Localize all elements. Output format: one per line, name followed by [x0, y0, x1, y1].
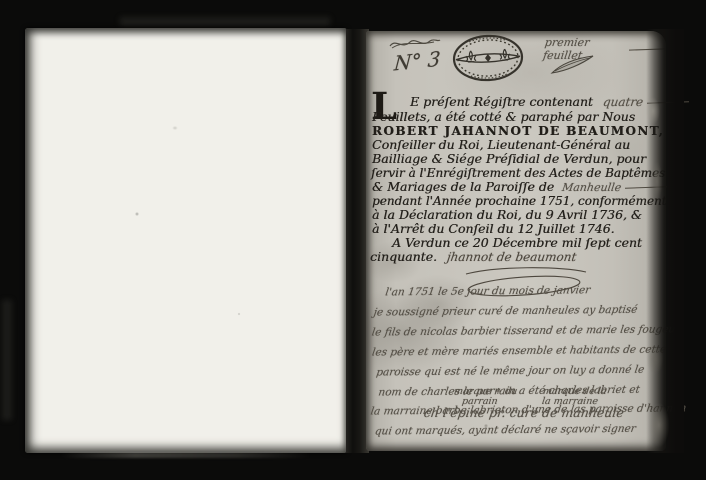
- archival-register-scan: N° 3 premier feuillet L E préſent Régiſt…: [0, 0, 706, 480]
- binding-wear-mark: [2, 300, 12, 420]
- book-fore-edge: [646, 29, 684, 453]
- printed-line: ſervir à l'Enrégiſtrement des Actes de B…: [371, 166, 665, 180]
- priest-signature: ch l'épine pr. curé de manheule: [423, 405, 625, 420]
- printed-line: A Verdun ce 20 Décembre mil ſept cent: [392, 236, 642, 250]
- entry-line: le fils de nicolas barbier tisserand et …: [371, 323, 682, 340]
- printed-line: pendant l'Année prochaine 1751, conformé…: [372, 194, 666, 208]
- printed-line: à la Déclaration du Roi, du 9 Avril 1736…: [372, 208, 642, 222]
- entry-line: l'an 1751 le 5e jour du mois de janvier: [384, 284, 591, 300]
- printed-line: Feuillets, a été cotté & paraphé par Nou…: [372, 110, 635, 124]
- printed-line-text: E préſent Régiſtre contenant: [410, 94, 593, 109]
- page-edge-shadow: [120, 17, 330, 26]
- printed-line: Bailliage & Siége Préſidial de Verdun, p…: [372, 152, 646, 166]
- printed-line-registrar-name: ROBERT JAHANNOT DE BEAUMONT,: [372, 124, 664, 138]
- blank-left-page: [25, 28, 347, 453]
- quill-flourish: [548, 54, 596, 76]
- entry-line: je soussigné prieur curé de manheules ay…: [372, 304, 638, 321]
- register-right-page: N° 3 premier feuillet L E préſent Régiſt…: [366, 31, 666, 451]
- printed-line: Conſeiller du Roi, Lieutenant-Général au: [372, 138, 630, 152]
- entry-line: paroisse qui est né le même jour on luy …: [375, 363, 645, 380]
- handwritten-parish-name: Manheulle: [561, 181, 622, 195]
- printed-line: & Mariages de la Paroiſſe deManheulle: [372, 180, 667, 195]
- stamp-seal-icon: [449, 30, 528, 86]
- underlying-page-edge: [60, 452, 310, 458]
- printed-line-text: cinquante.: [370, 249, 437, 264]
- entry-line: les père et mère mariés ensemble et habi…: [371, 343, 667, 360]
- printed-line-text: & Mariages de la Paroiſſe de: [372, 179, 554, 194]
- handwritten-folio-count: quatre: [602, 95, 644, 109]
- folio-number: N° 3: [393, 46, 441, 75]
- entry-line: qui ont marqués, ayant déclaré ne sçavoi…: [374, 423, 637, 440]
- printed-line: à l'Arrêt du Conſeil du 12 Juillet 1746.: [372, 222, 615, 236]
